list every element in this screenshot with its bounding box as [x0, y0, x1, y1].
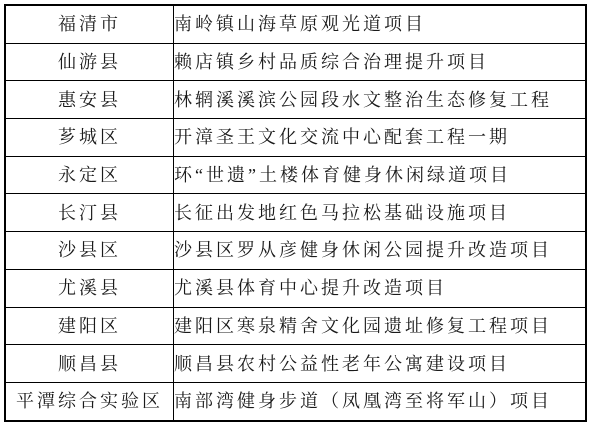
table-row: 顺昌县 顺昌县农村公益性老年公寓建设项目	[5, 345, 586, 383]
project-table-body: 福清市 南岭镇山海草原观光道项目 仙游县 赖店镇乡村品质综合治理提升项目 惠安县…	[5, 5, 586, 421]
project-cell: 赖店镇乡村品质综合治理提升项目	[174, 43, 587, 81]
region-cell: 仙游县	[5, 43, 174, 81]
table-row: 长汀县 长征出发地红色马拉松基础设施项目	[5, 194, 586, 232]
table-row: 芗城区 开漳圣王文化交流中心配套工程一期	[5, 119, 586, 157]
project-cell: 环“世遗”土楼体育健身休闲绿道项目	[174, 156, 587, 194]
project-cell: 建阳区寒泉精舍文化园遗址修复工程项目	[174, 307, 587, 345]
project-cell: 尤溪县体育中心提升改造项目	[174, 269, 587, 307]
region-cell: 尤溪县	[5, 269, 174, 307]
table-row: 仙游县 赖店镇乡村品质综合治理提升项目	[5, 43, 586, 81]
document-table-container: 福清市 南岭镇山海草原观光道项目 仙游县 赖店镇乡村品质综合治理提升项目 惠安县…	[4, 4, 587, 422]
table-row: 惠安县 林辋溪溪滨公园段水文整治生态修复工程	[5, 81, 586, 119]
project-list-table: 福清市 南岭镇山海草原观光道项目 仙游县 赖店镇乡村品质综合治理提升项目 惠安县…	[4, 4, 587, 422]
table-row: 沙县区 沙县区罗从彦健身休闲公园提升改造项目	[5, 232, 586, 270]
region-cell: 长汀县	[5, 194, 174, 232]
project-cell: 开漳圣王文化交流中心配套工程一期	[174, 119, 587, 157]
table-row: 建阳区 建阳区寒泉精舍文化园遗址修复工程项目	[5, 307, 586, 345]
table-row: 永定区 环“世遗”土楼体育健身休闲绿道项目	[5, 156, 586, 194]
table-row: 尤溪县 尤溪县体育中心提升改造项目	[5, 269, 586, 307]
table-row: 福清市 南岭镇山海草原观光道项目	[5, 5, 586, 43]
table-row: 平潭综合实验区 南部湾健身步道（凤凰湾至将军山）项目	[5, 382, 586, 420]
region-cell: 沙县区	[5, 232, 174, 270]
project-cell: 沙县区罗从彦健身休闲公园提升改造项目	[174, 232, 587, 270]
region-cell: 芗城区	[5, 119, 174, 157]
project-cell: 南岭镇山海草原观光道项目	[174, 5, 587, 43]
region-cell: 建阳区	[5, 307, 174, 345]
region-cell: 福清市	[5, 5, 174, 43]
project-cell: 顺昌县农村公益性老年公寓建设项目	[174, 345, 587, 383]
project-cell: 南部湾健身步道（凤凰湾至将军山）项目	[174, 382, 587, 420]
region-cell: 惠安县	[5, 81, 174, 119]
region-cell: 永定区	[5, 156, 174, 194]
region-cell: 平潭综合实验区	[5, 382, 174, 420]
project-cell: 长征出发地红色马拉松基础设施项目	[174, 194, 587, 232]
region-cell: 顺昌县	[5, 345, 174, 383]
project-cell: 林辋溪溪滨公园段水文整治生态修复工程	[174, 81, 587, 119]
